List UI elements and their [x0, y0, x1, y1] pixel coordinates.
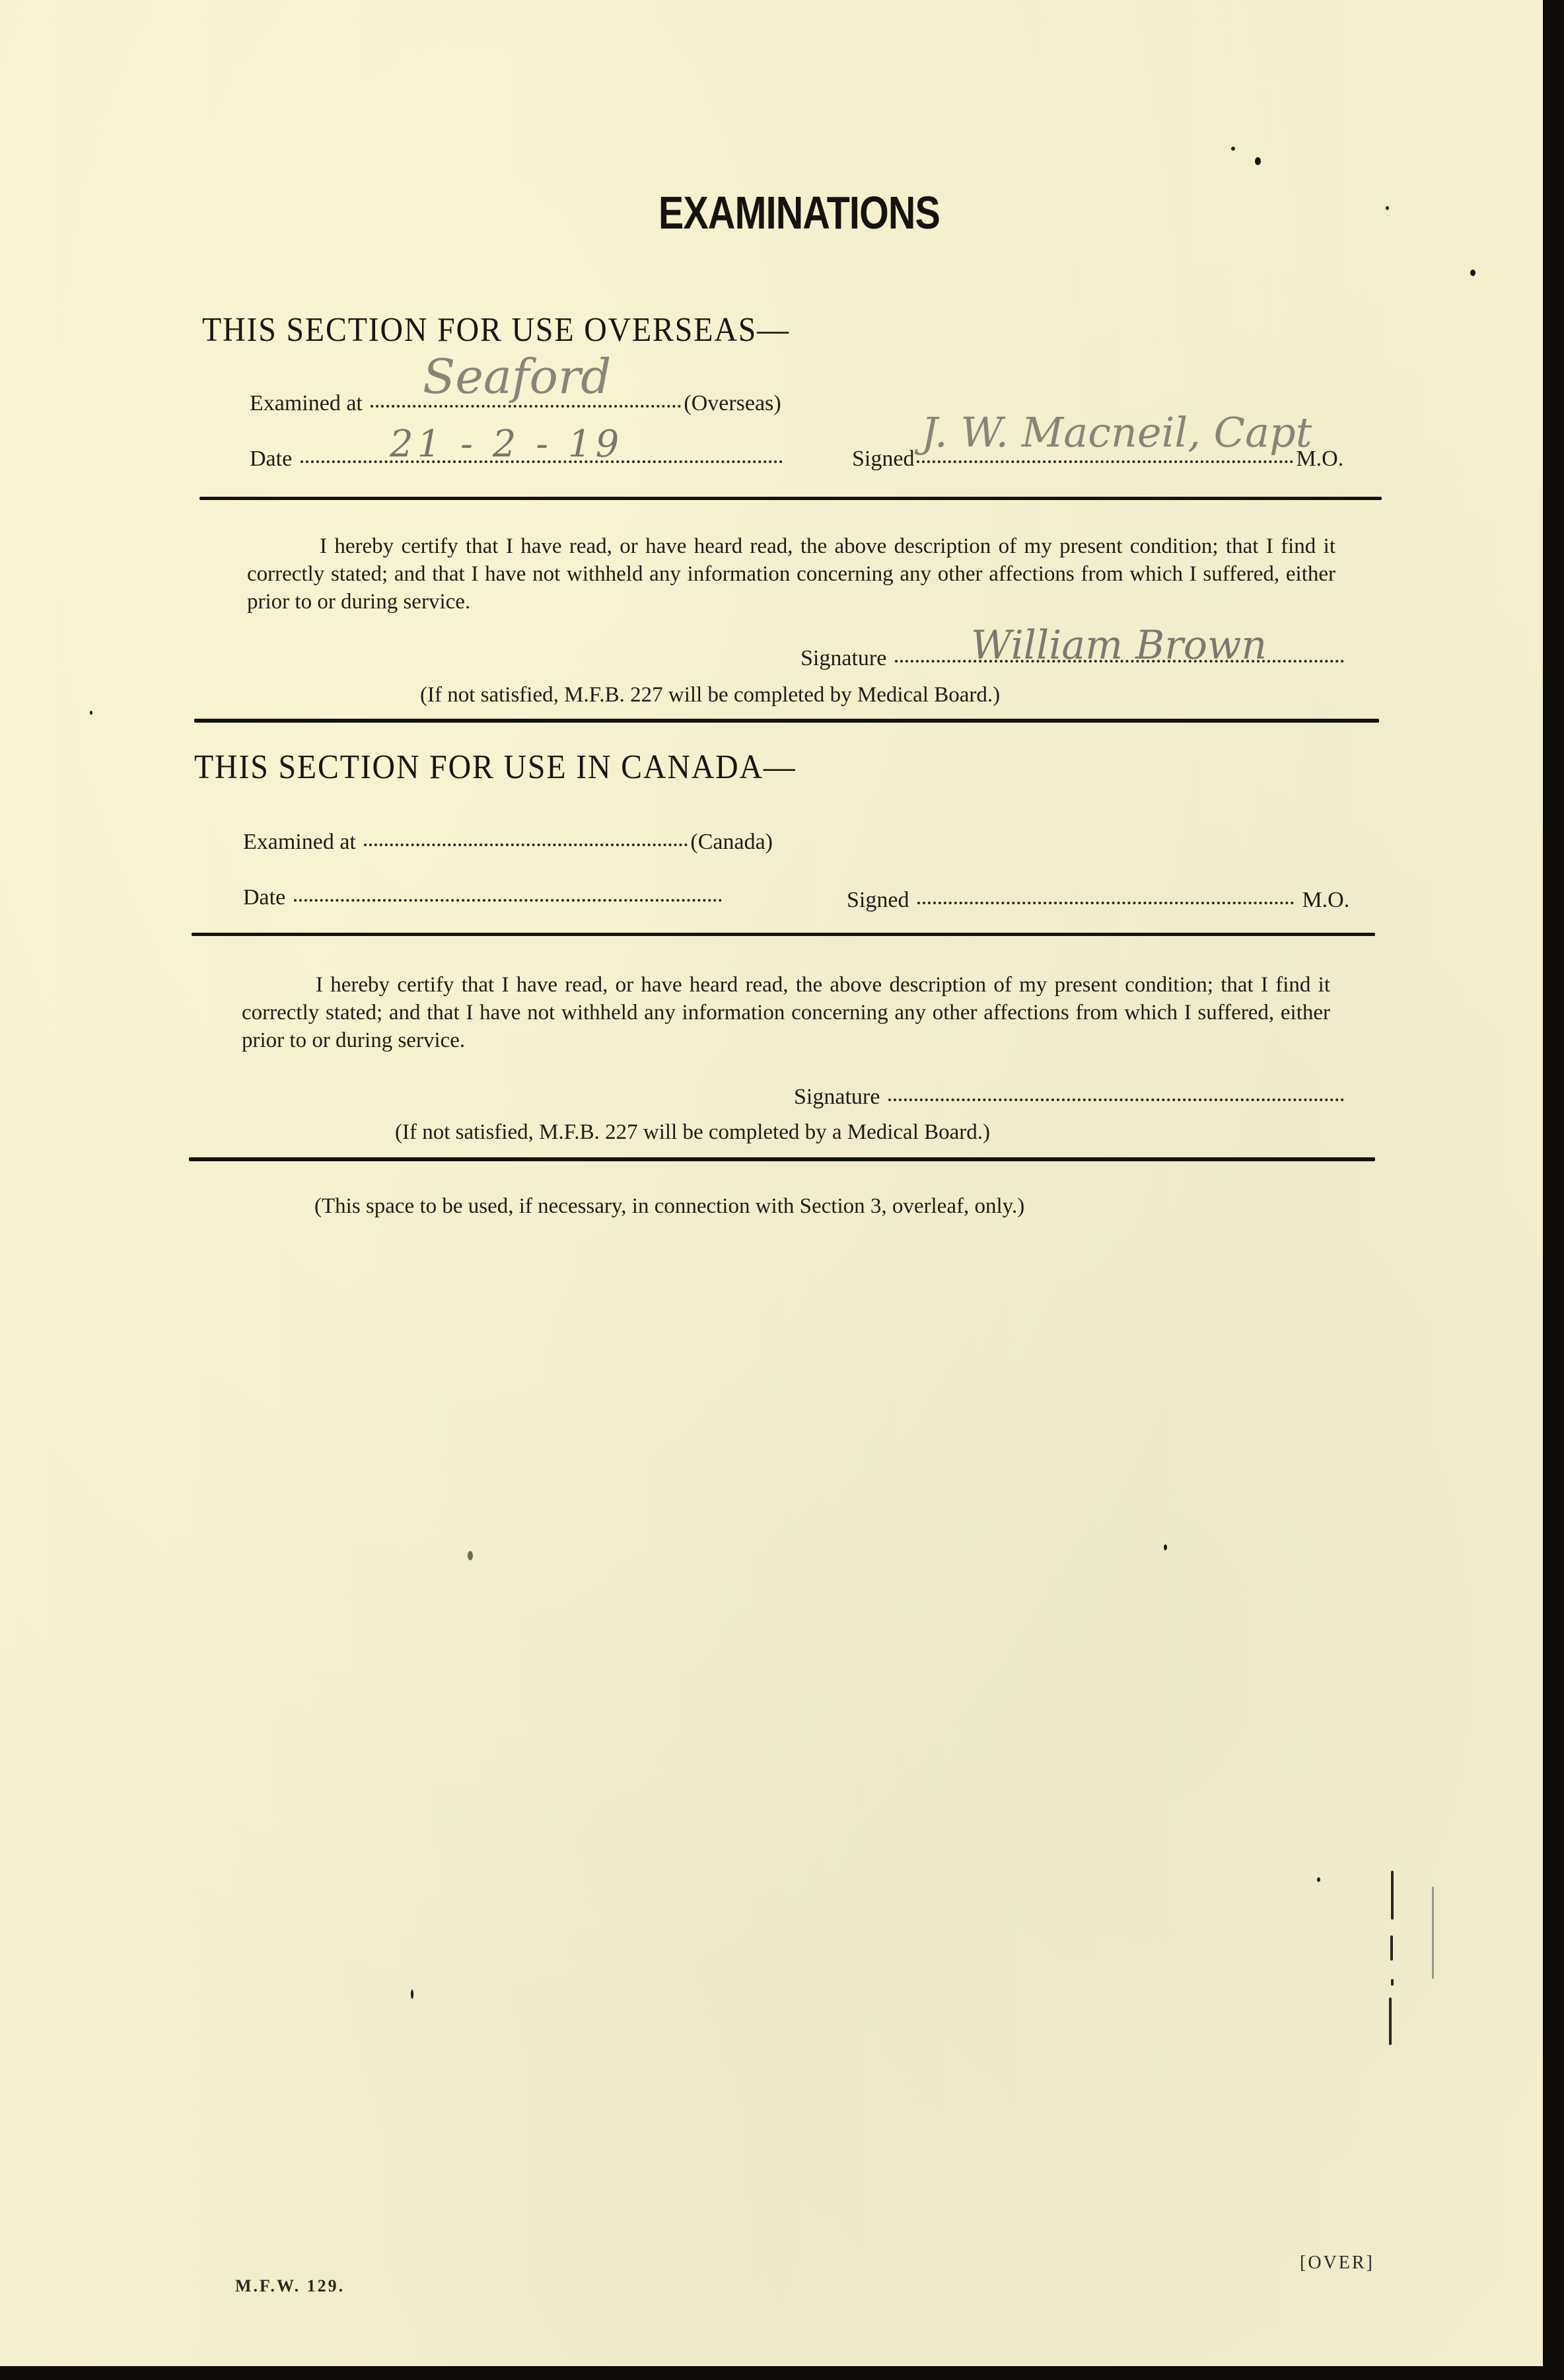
document-page: EXAMINATIONS THIS SECTION FOR USE OVERSE…	[0, 0, 1543, 2366]
date-label: Date	[250, 447, 292, 471]
signed-field[interactable]	[917, 460, 1293, 463]
ink-speck	[1386, 206, 1389, 210]
examined-at-label: Examined at	[243, 830, 356, 854]
section-heading-overseas: THIS SECTION FOR USE OVERSEAS—	[202, 310, 790, 349]
ink-speck	[411, 1990, 413, 1999]
canada-date-row: Date	[243, 885, 725, 910]
signed-label: Signed	[852, 447, 914, 471]
canada-examined-at-row: Examined at (Canada)	[243, 830, 773, 855]
examined-at-field[interactable]	[371, 405, 681, 408]
mo-signature-handwriting: J. W. Macneil, Capt	[921, 408, 1312, 456]
divider	[194, 719, 1379, 723]
canada-signed-row: Signed M.O.	[847, 888, 1349, 913]
date-label: Date	[243, 885, 285, 910]
form-code: M.F.W. 129.	[235, 2276, 345, 2296]
section-heading-canada: THIS SECTION FOR USE IN CANADA—	[194, 748, 797, 787]
ink-speck	[90, 711, 92, 715]
signed-label: Signed	[847, 888, 909, 912]
divider	[189, 1157, 1375, 1161]
page-title: EXAMINATIONS	[144, 186, 1454, 239]
overseas-certification-text: I hereby certify that I have read, or ha…	[247, 532, 1335, 616]
examined-at-handwriting: Seaford	[423, 349, 611, 404]
margin-mark	[1391, 1979, 1394, 1986]
ink-speck	[1470, 270, 1475, 276]
date-handwriting: 21 - 2 - 19	[390, 423, 623, 466]
margin-mark	[1390, 1935, 1393, 1961]
margin-mark	[1389, 1998, 1392, 2045]
overseas-medical-board-note: (If not satisfied, M.F.B. 227 will be co…	[420, 683, 1000, 707]
canada-suffix: (Canada)	[690, 830, 773, 854]
ink-speck	[468, 1551, 473, 1560]
overseas-suffix: (Overseas)	[684, 391, 781, 415]
canada-medical-board-note: (If not satisfied, M.F.B. 227 will be co…	[395, 1120, 990, 1145]
examined-at-field[interactable]	[364, 844, 688, 846]
date-field[interactable]	[294, 899, 722, 902]
ink-speck	[1164, 1544, 1167, 1550]
margin-mark	[1391, 1871, 1394, 1920]
canada-signature-row: Signature	[794, 1085, 1347, 1110]
ink-speck	[1255, 157, 1261, 165]
divider	[199, 497, 1382, 500]
signed-field[interactable]	[917, 902, 1294, 904]
additional-space-note: (This space to be used, if necessary, in…	[314, 1194, 1024, 1219]
signature-label: Signature	[800, 646, 886, 670]
mo-suffix: M.O.	[1302, 888, 1349, 912]
canada-certification-text: I hereby certify that I have read, or ha…	[242, 971, 1330, 1054]
margin-mark	[1432, 1887, 1434, 1979]
over-label: [OVER]	[1300, 2253, 1374, 2274]
divider	[192, 933, 1375, 936]
examined-at-label: Examined at	[250, 391, 363, 415]
ink-speck	[1231, 147, 1235, 151]
signature-field[interactable]	[888, 1099, 1344, 1101]
signature-label: Signature	[794, 1085, 880, 1109]
ink-speck	[1317, 1877, 1320, 1882]
blank-notes-area	[198, 1242, 1380, 2200]
soldier-signature-handwriting: William Brown	[971, 622, 1267, 668]
